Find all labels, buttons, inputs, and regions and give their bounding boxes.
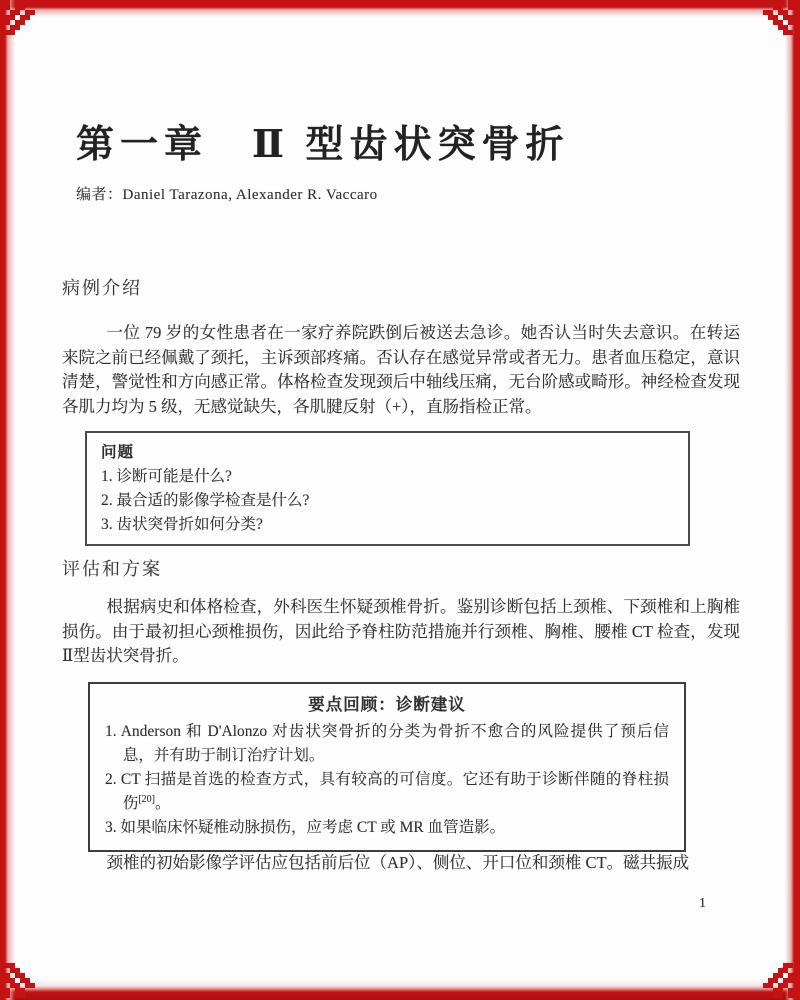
corner-knot-ornament-bottom-left <box>0 963 35 998</box>
key-point-item: 1. Anderson 和 D'Alonzo 对齿状突骨折的分类为骨折不愈合的风… <box>105 720 669 768</box>
question-box-heading: 问题 <box>101 441 674 465</box>
editors-line: 编者：Daniel Tarazona, Alexander R. Vaccaro <box>76 183 378 204</box>
frame-border-bottom <box>0 980 800 1000</box>
section-heading-assessment: 评估和方案 <box>62 555 162 581</box>
closing-paragraph: 颈椎的初始影像学评估应包括前后位（AP）、侧位、开口位和颈椎 CT。磁共振成 <box>62 851 740 876</box>
key-point-suffix: 。 <box>155 795 171 812</box>
key-point-text: 1. Anderson 和 D'Alonzo 对齿状突骨折的分类为骨折不愈合的风… <box>105 723 669 764</box>
corner-knot-ornament-top-left <box>0 0 35 35</box>
key-points-heading: 要点回顾：诊断建议 <box>105 693 669 717</box>
page-number: 1 <box>699 896 706 912</box>
assessment-paragraph: 根据病史和体格检查，外科医生怀疑颈椎骨折。鉴别诊断包括上颈椎、下颈椎和上胸椎损伤… <box>62 595 740 669</box>
key-point-item: 2. CT 扫描是首选的检查方式，具有较高的可信度。它还有助于诊断伴随的脊柱损伤… <box>105 768 669 816</box>
corner-knot-ornament-bottom-right <box>763 963 798 998</box>
question-item: 2. 最合适的影像学检查是什么? <box>101 489 674 513</box>
question-item: 3. 齿状突骨折如何分类? <box>101 513 674 537</box>
knot-pattern-icon <box>793 0 798 5</box>
question-box: 问题 1. 诊断可能是什么? 2. 最合适的影像学检查是什么? 3. 齿状突骨折… <box>85 431 690 546</box>
editors-names: Daniel Tarazona, Alexander R. Vaccaro <box>123 187 378 203</box>
key-point-text: 3. 如果临床怀疑椎动脉损伤，应考虑 CT 或 MR 血管造影。 <box>105 819 505 836</box>
corner-knot-ornament-top-right <box>763 0 798 35</box>
chapter-label: 第一章 <box>76 113 208 168</box>
frame-border-top <box>0 0 800 18</box>
key-points-box: 要点回顾：诊断建议 1. Anderson 和 D'Alonzo 对齿状突骨折的… <box>88 682 686 852</box>
editors-label: 编者： <box>76 187 123 203</box>
key-point-text: 2. CT 扫描是首选的检查方式，具有较高的可信度。它还有助于诊断伴随的脊柱损伤 <box>105 771 669 812</box>
knot-pattern-icon <box>0 993 5 998</box>
frame-border-right <box>784 0 800 1000</box>
knot-pattern-icon <box>0 0 5 5</box>
key-point-item: 3. 如果临床怀疑椎动脉损伤，应考虑 CT 或 MR 血管造影。 <box>105 816 669 840</box>
chapter-title: Ⅱ 型齿状突骨折 <box>252 113 570 168</box>
question-item: 1. 诊断可能是什么? <box>101 465 674 489</box>
knot-pattern-icon <box>793 993 798 998</box>
frame-border-left <box>0 0 16 1000</box>
reference-superscript: [20] <box>138 794 155 805</box>
book-page: 第一章 Ⅱ 型齿状突骨折 编者：Daniel Tarazona, Alexand… <box>0 0 800 1000</box>
section-heading-case-intro: 病例介绍 <box>62 274 142 300</box>
case-intro-paragraph: 一位 79 岁的女性患者在一家疗养院跌倒后被送去急诊。她否认当时失去意识。在转运… <box>62 321 740 419</box>
chapter-title-row: 第一章 Ⅱ 型齿状突骨折 <box>76 113 570 168</box>
